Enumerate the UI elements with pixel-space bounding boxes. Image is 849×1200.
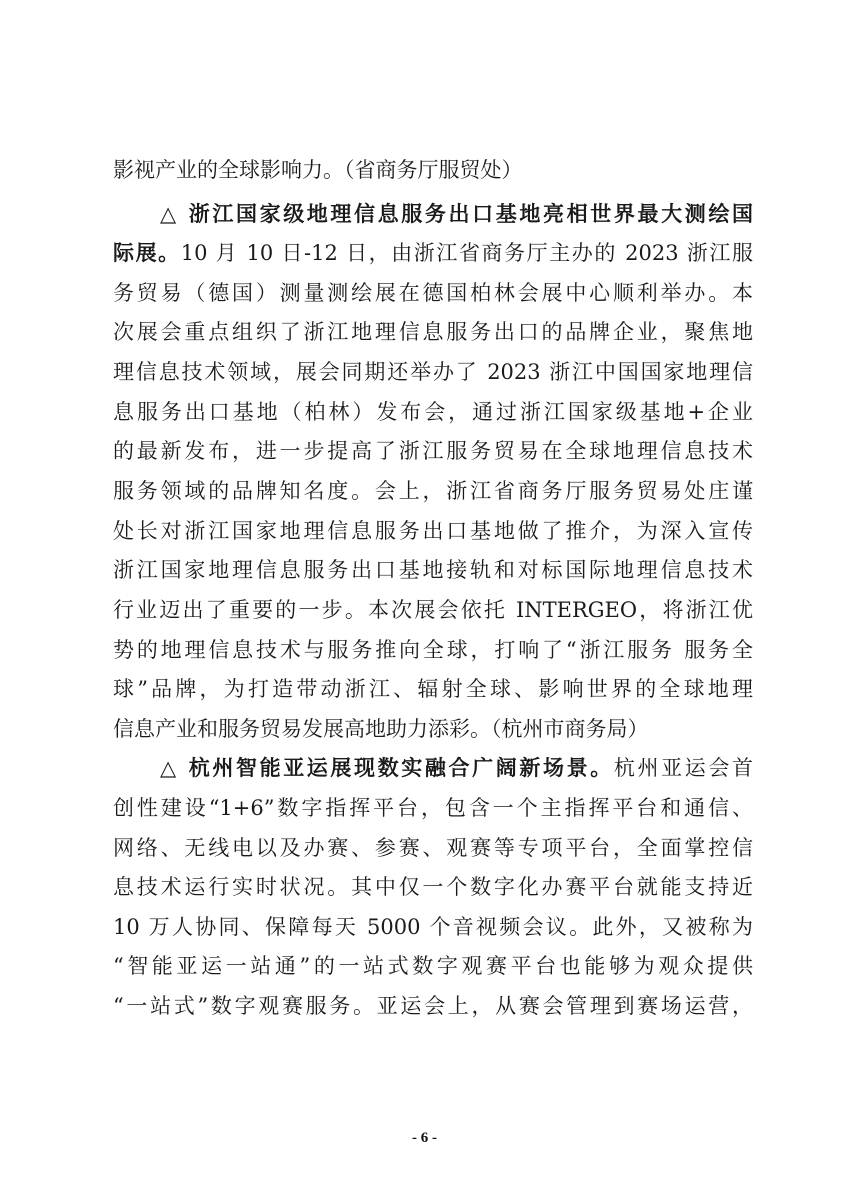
text-line: 信息产业和服务贸易发展高地助力添彩。（杭州市商务局） bbox=[113, 715, 753, 743]
text-line: 息服务出口基地（柏林）发布会，通过浙江国家级基地+企业 bbox=[113, 398, 753, 426]
text-line: 务贸易（德国）测量测绘展在德国柏林会展中心顺利举办。本 bbox=[113, 279, 753, 307]
line-text: 的最新发布，进一步提高了浙江服务贸易在全球地理信息技术 bbox=[113, 439, 753, 463]
text-line: 次展会重点组织了浙江地理信息服务出口的品牌企业，聚焦地 bbox=[113, 318, 753, 346]
line-text: 网络、无线电以及办赛、参赛、观赛等专项平台，全面掌控信 bbox=[113, 836, 753, 860]
line-text: 行业迈出了重要的一步。本次展会依托 INTERGEO，将浙江优 bbox=[113, 598, 753, 622]
text-line: 网络、无线电以及办赛、参赛、观赛等专项平台，全面掌控信 bbox=[113, 834, 753, 862]
bold-heading: △ 浙江国家级地理信息服务出口基地亮相世界最大测绘国 bbox=[160, 201, 753, 226]
line-text: “一站式”数字观赛服务。亚运会上，从赛会管理到赛场运营， bbox=[113, 994, 753, 1018]
text-line: 行业迈出了重要的一步。本次展会依托 INTERGEO，将浙江优 bbox=[113, 596, 753, 624]
line-text: 理信息技术领域，展会同期还举办了 2023 浙江中国国家地理信 bbox=[113, 360, 753, 384]
line-text: 杭州亚运会首 bbox=[614, 756, 753, 780]
text-line: 际展。10 月 10 日-12 日，由浙江省商务厅主办的 2023 浙江服 bbox=[113, 239, 753, 267]
text-line: 球”品牌，为打造带动浙江、辐射全球、影响世界的全球地理 bbox=[113, 675, 753, 703]
line-text: 务贸易（德国）测量测绘展在德国柏林会展中心顺利举办。本 bbox=[113, 281, 753, 305]
text-line: “一站式”数字观赛服务。亚运会上，从赛会管理到赛场运营， bbox=[113, 992, 753, 1020]
line-text: 影视产业的全球影响力。（省商务厅服贸处） bbox=[113, 158, 523, 182]
text-line: 10 万人协同、保障每天 5000 个音视频会议。此外，又被称为 bbox=[113, 913, 753, 941]
document-page: 影视产业的全球影响力。（省商务厅服贸处）△ 浙江国家级地理信息服务出口基地亮相世… bbox=[0, 0, 849, 1200]
line-text: 创性建设“1+6”数字指挥平台，包含一个主指挥平台和通信、 bbox=[113, 796, 753, 820]
text-line: 息技术运行实时状况。其中仅一个数字化办赛平台就能支持近 bbox=[113, 873, 753, 901]
text-line: “智能亚运一站通”的一站式数字观赛平台也能够为观众提供 bbox=[113, 952, 753, 980]
text-line: 服务领域的品牌知名度。会上，浙江省商务厅服务贸易处庄谨 bbox=[113, 477, 753, 505]
line-text: 10 万人协同、保障每天 5000 个音视频会议。此外，又被称为 bbox=[113, 915, 753, 939]
line-text: 势的地理信息技术与服务推向全球，打响了“浙江服务 服务全 bbox=[113, 638, 753, 662]
text-line: 创性建设“1+6”数字指挥平台，包含一个主指挥平台和通信、 bbox=[113, 794, 753, 822]
text-line: △ 浙江国家级地理信息服务出口基地亮相世界最大测绘国 bbox=[160, 200, 753, 228]
bold-heading: △ 杭州智能亚运展现数实融合广阔新场景。 bbox=[160, 755, 614, 780]
line-text: 次展会重点组织了浙江地理信息服务出口的品牌企业，聚焦地 bbox=[113, 320, 753, 344]
line-text: “智能亚运一站通”的一站式数字观赛平台也能够为观众提供 bbox=[113, 954, 753, 978]
line-text: 浙江国家地理信息服务出口基地接轨和对标国际地理信息技术 bbox=[113, 558, 753, 582]
line-text: 处长对浙江国家地理信息服务出口基地做了推介，为深入宣传 bbox=[113, 519, 753, 543]
text-line: 影视产业的全球影响力。（省商务厅服贸处） bbox=[113, 156, 753, 184]
text-line: 浙江国家地理信息服务出口基地接轨和对标国际地理信息技术 bbox=[113, 556, 753, 584]
line-text: 息服务出口基地（柏林）发布会，通过浙江国家级基地+企业 bbox=[113, 400, 753, 424]
text-line: 势的地理信息技术与服务推向全球，打响了“浙江服务 服务全 bbox=[113, 636, 753, 664]
text-line: △ 杭州智能亚运展现数实融合广阔新场景。杭州亚运会首 bbox=[160, 754, 753, 782]
page-number: - 6 - bbox=[0, 1130, 849, 1147]
text-line: 理信息技术领域，展会同期还举办了 2023 浙江中国国家地理信 bbox=[113, 358, 753, 386]
line-text: 信息产业和服务贸易发展高地助力添彩。（杭州市商务局） bbox=[113, 717, 649, 741]
line-text: 球”品牌，为打造带动浙江、辐射全球、影响世界的全球地理 bbox=[113, 677, 753, 701]
line-text: 息技术运行实时状况。其中仅一个数字化办赛平台就能支持近 bbox=[113, 875, 753, 899]
line-text: 服务领域的品牌知名度。会上，浙江省商务厅服务贸易处庄谨 bbox=[113, 479, 753, 503]
line-text: 10 月 10 日-12 日，由浙江省商务厅主办的 2023 浙江服 bbox=[181, 241, 753, 265]
bold-heading: 际展。 bbox=[113, 240, 181, 265]
text-line: 的最新发布，进一步提高了浙江服务贸易在全球地理信息技术 bbox=[113, 437, 753, 465]
text-line: 处长对浙江国家地理信息服务出口基地做了推介，为深入宣传 bbox=[113, 517, 753, 545]
